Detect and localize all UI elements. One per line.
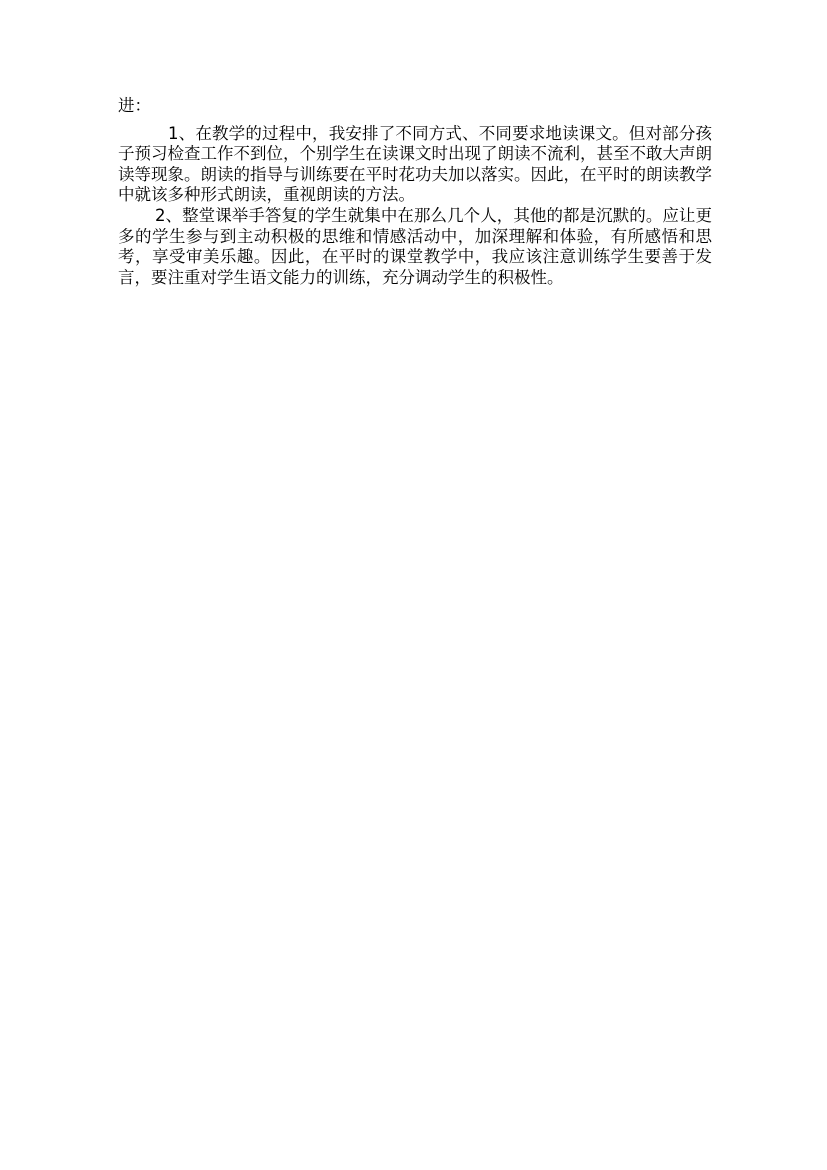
paragraph-2: 2、整堂课举手答复的学生就集中在那么几个人，其他的都是沉默的。应让更多的学生参与… — [118, 206, 712, 288]
document-page: 进： 1、在教学的过程中，我安排了不同方式、不同要求地读课文。但对部分孩子预习检… — [0, 0, 827, 1170]
text-block: 进： 1、在教学的过程中，我安排了不同方式、不同要求地读课文。但对部分孩子预习检… — [118, 96, 712, 288]
paragraph-intro-fragment: 进： — [118, 96, 712, 117]
paragraph-1: 1、在教学的过程中，我安排了不同方式、不同要求地读课文。但对部分孩子预习检查工作… — [118, 124, 712, 206]
